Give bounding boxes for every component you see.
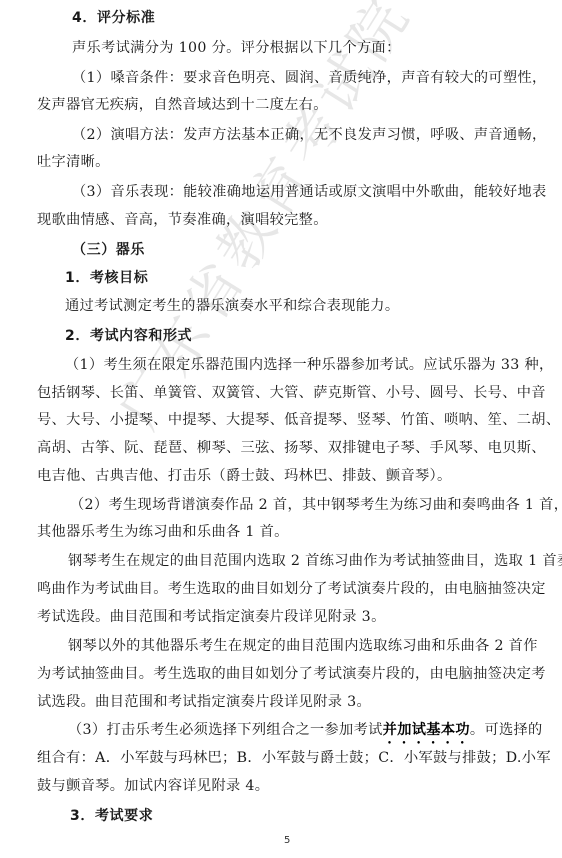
section-heading-exam-content: 2．考试内容和形式 [65, 326, 192, 346]
paragraph-line: 发声器官无疾病，自然音域达到十二度左右。 [37, 95, 328, 115]
paragraph-line: 考试选段。曲目范围和考试指定演奏片段详见附录 3。 [37, 607, 386, 627]
paragraph-line: 现歌曲情感、音高，节奏准确，演唱较完整。 [37, 210, 328, 230]
section-heading-instrumental: （三）器乐 [72, 240, 145, 260]
section-heading-exam-requirements: 3．考试要求 [70, 806, 153, 826]
paragraph-line: 鼓与颤音琴。加试内容详见附录 4。 [37, 776, 269, 796]
paragraph-line: 为考试抽签曲目。考生选取的曲目如划分了考试演奏片段的，由电脑抽签决定考 [37, 664, 546, 684]
page-number: 5 [284, 835, 290, 846]
section-heading-assessment-goal: 1．考核目标 [65, 268, 148, 288]
paragraph-line: 号、大号、小提琴、中提琴、大提琴、低音提琴、竖琴、竹笛、唢呐、笙、二胡、 [37, 410, 560, 430]
paragraph-line: （1）考生须在限定乐器范围内选择一种乐器参加考试。应试乐器为 33 种， [65, 355, 554, 375]
document-page: 广东省教育考试院 4．评分标准 声乐考试满分为 100 分。评分根据以下几个方面… [0, 0, 562, 858]
paragraph-line: 电吉他、古典吉他、打击乐（爵士鼓、玛林巴、排鼓、颤音琴）。 [37, 466, 452, 486]
paragraph-line: 高胡、古筝、阮、琵琶、柳琴、三弦、扬琴、双排键电子琴、手风琴、电贝斯、 [37, 438, 546, 458]
paragraph-line-percussion: （3）打击乐考生必须选择下列组合之一参加考试并加试基本功。可选择的 [68, 720, 543, 747]
paragraph-line: 通过考试测定考生的器乐演奏水平和综合表现能力。 [65, 296, 399, 316]
paragraph-line: （2）考生现场背谱演奏作品 2 首，其中钢琴考生为练习曲和奏鸣曲各 1 首， [70, 495, 562, 515]
paragraph-line: 吐字清晰。 [37, 152, 110, 172]
paragraph-line: （1）嗓音条件：要求音色明亮、圆润、音质纯净，声音有较大的可塑性， [72, 68, 547, 88]
text-run: 。可选择的 [470, 722, 543, 738]
paragraph-line: 声乐考试满分为 100 分。评分根据以下几个方面： [72, 38, 401, 58]
paragraph-line: （2）演唱方法：发声方法基本正确，无不良发声习惯，呼吸、声音通畅， [72, 125, 547, 145]
paragraph-line: 鸣曲作为考试曲目。考生选取的曲目如划分了考试演奏片段的，由电脑抽签决定 [37, 579, 546, 599]
paragraph-line: 组合有：A．小军鼓与玛林巴；B．小军鼓与爵士鼓；C．小军鼓与排鼓；D.小军 [37, 748, 551, 768]
paragraph-line: 钢琴以外的其他器乐考生在规定的曲目范围内选取练习曲和乐曲各 2 首作 [68, 636, 538, 656]
emphasized-text: 并加试基本功 [383, 722, 470, 738]
paragraph-line: 包括钢琴、长笛、单簧管、双簧管、大管、萨克斯管、小号、圆号、长号、中音 [37, 383, 546, 403]
paragraph-line: 其他器乐考生为练习曲和乐曲各 1 首。 [37, 522, 289, 542]
text-run: （3）打击乐考生必须选择下列组合之一参加考试 [68, 722, 383, 738]
section-heading-scoring-criteria: 4．评分标准 [72, 8, 155, 28]
paragraph-line: （3）音乐表现：能较准确地运用普通话或原文演唱中外歌曲，能较好地表 [72, 182, 547, 202]
paragraph-line: 钢琴考生在规定的曲目范围内选取 2 首练习曲作为考试抽签曲目，选取 1 首奏 [68, 551, 562, 571]
paragraph-line: 试选段。曲目范围和考试指定演奏片段详见附录 3。 [37, 692, 371, 712]
